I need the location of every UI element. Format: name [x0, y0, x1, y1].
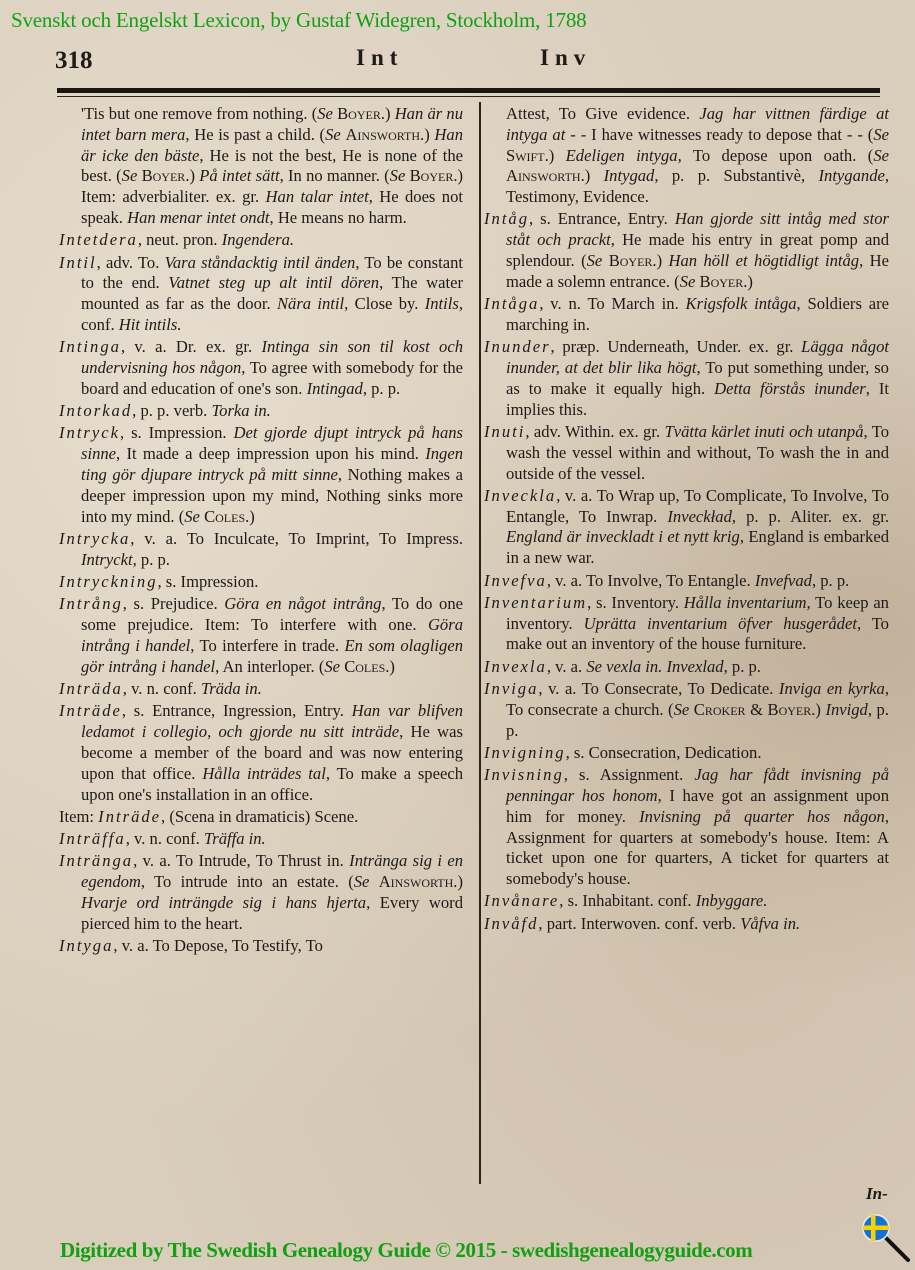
definition-text: .)	[185, 166, 199, 185]
definition-text: , He is past a child. (	[185, 125, 325, 144]
banner-top: Svenskt och Engelskt Lexicon, by Gustaf …	[11, 8, 586, 33]
definition-text: , adv. To.	[97, 253, 165, 272]
definition-text: .)	[743, 272, 753, 291]
dictionary-entry: Inträda, v. n. conf. Träda in.	[59, 679, 463, 700]
swedish-example: Se	[184, 507, 200, 526]
swedish-example: Se	[680, 272, 696, 291]
swedish-example: Se	[873, 146, 889, 165]
headword: Invånare	[484, 891, 559, 910]
headword: Inträda	[59, 679, 123, 698]
definition-text: , s. Impression.	[120, 423, 233, 442]
swedish-example: Edeligen intyga	[566, 146, 678, 165]
swedish-example: Detta förstås inunder	[714, 379, 866, 398]
swedish-example: Se	[873, 125, 889, 144]
dictionary-entry: Intil, adv. To. Vara ståndacktig intil ä…	[59, 253, 463, 336]
headword: Invigning	[484, 743, 566, 762]
swedish-example: Intygad	[604, 166, 655, 185]
swedish-example: Se	[587, 251, 603, 270]
dictionary-entry: Inuti, adv. Within. ex. gr. Tvätta kärle…	[484, 422, 889, 484]
source-citation: Croker & Boyer	[694, 700, 811, 719]
dictionary-entry: Intinga, v. a. Dr. ex. gr. Intinga sin s…	[59, 337, 463, 399]
dictionary-entry: Intorkad, p. p. verb. Torka in.	[59, 401, 463, 422]
definition-text: , Close by.	[344, 294, 425, 313]
definition-text: , part. Interwoven. conf. verb.	[538, 914, 740, 933]
definition-text: .)	[545, 146, 566, 165]
swedish-example: Nära intil	[277, 294, 344, 313]
headword: Inviga	[484, 679, 538, 698]
swedish-example: Hålla inventarium	[684, 593, 807, 612]
definition-text: , s. Prejudice.	[123, 594, 224, 613]
definition-text: , s. Consecration, Dedication.	[566, 743, 762, 762]
definition-text: , s. Inventory.	[587, 593, 684, 612]
headword: Invefva	[484, 571, 547, 590]
definition-text: , v. n. To March in.	[539, 294, 685, 313]
definition-text: , v. a. To Intrude, To Thrust in.	[133, 851, 349, 870]
definition-text: , In no manner. (	[280, 166, 390, 185]
swedish-example: På intet sätt	[199, 166, 279, 185]
swedish-example: Ingendera.	[222, 230, 294, 249]
dictionary-entry: Inviga, v. a. To Consecrate, To Dedicate…	[484, 679, 889, 741]
definition-text: , v. n. conf.	[126, 829, 204, 848]
swedish-example: Se vexla in. Invexlad	[586, 657, 723, 676]
definition-text: , To interfere in trade.	[190, 636, 344, 655]
headword: Intryck	[59, 423, 120, 442]
definition-text: .)	[453, 872, 463, 891]
dictionary-entry: Inträffa, v. n. conf. Träffa in.	[59, 829, 463, 850]
swedish-example: Träda in.	[201, 679, 262, 698]
definition-text: , s. Assignment.	[564, 765, 695, 784]
swedish-example: Tvätta kärlet inuti och utanpå	[664, 422, 863, 441]
swedish-example: Inbyggare.	[696, 891, 768, 910]
page-number: 318	[55, 47, 93, 75]
swedish-example: Inviga en kyrka	[779, 679, 885, 698]
running-header-left: Int	[356, 45, 403, 71]
dictionary-entry: Intryckning, s. Impression.	[59, 572, 463, 593]
swedish-example: Invefvad	[755, 571, 812, 590]
definition-text: .)	[581, 166, 604, 185]
swedish-example: England är inveckladt i et nytt krig	[506, 527, 740, 546]
swedish-example: Göra en något intrång	[224, 594, 381, 613]
headword: Inträde	[98, 807, 161, 826]
definition-text: , v. a. To Inculcate, To Imprint, To Imp…	[130, 529, 463, 548]
swedish-example: Invisning på quarter hos någon	[639, 807, 885, 826]
swedish-example: Hvarje ord inträngde sig i hans hjerta	[81, 893, 366, 912]
definition-text: , s. Inhabitant. conf.	[559, 891, 695, 910]
swedish-example: Se	[674, 700, 690, 719]
headword: Invåfd	[484, 914, 538, 933]
dictionary-entry: Inveckla, v. a. To Wrap up, To Complicat…	[484, 486, 889, 569]
dictionary-entry: Invånare, s. Inhabitant. conf. Inbyggare…	[484, 891, 889, 912]
definition-text: Item:	[59, 807, 98, 826]
dictionary-entry: Intåga, v. n. To March in. Krigsfolk int…	[484, 294, 889, 336]
definition-text: , p. p.	[724, 657, 761, 676]
headword: Inuti	[484, 422, 525, 441]
swedish-example: Vatnet steg up alt intil dören	[168, 273, 379, 292]
swedish-example: Invigd	[825, 700, 867, 719]
definition-text: .)	[381, 104, 395, 123]
definition-text: , v. n. conf.	[123, 679, 201, 698]
headword: Intetdera	[59, 230, 138, 249]
swedish-example: Han menar intet ondt	[127, 208, 269, 227]
dictionary-entry: Inventarium, s. Inventory. Hålla inventa…	[484, 593, 889, 655]
swedish-example: Hålla inträdes tal	[202, 764, 326, 783]
headword: Inträffa	[59, 829, 126, 848]
swedish-example: Hit intils.	[119, 315, 182, 334]
definition-text: , p. p. Substantivè,	[654, 166, 818, 185]
swedish-example: Inveckład	[667, 507, 732, 526]
source-citation: Ainsworth	[379, 872, 454, 891]
definition-text: , To intrude into an estate. (	[141, 872, 354, 891]
swedish-example: Intygande	[819, 166, 885, 185]
definition-text: , s. Entrance, Ingression, Entry.	[122, 701, 352, 720]
definition-text: , v. a. To Consecrate, To Dedicate.	[538, 679, 779, 698]
definition-text: .)	[385, 657, 395, 676]
source-citation: Boyer	[142, 166, 186, 185]
dictionary-entry: Intränga, v. a. To Intrude, To Thrust in…	[59, 851, 463, 934]
definition-text: - - I have witnesses ready to depose tha…	[565, 125, 873, 144]
swedish-example: Se	[317, 104, 333, 123]
headword: Intrång	[59, 594, 123, 613]
headword: Intränga	[59, 851, 133, 870]
definition-text: , He means no harm.	[270, 208, 407, 227]
definition-text: , p. p. Aliter. ex. gr.	[732, 507, 889, 526]
dictionary-entry: Intrång, s. Prejudice. Göra en något int…	[59, 594, 463, 677]
dictionary-entry: Intyga, v. a. To Depose, To Testify, To	[59, 936, 463, 957]
column-divider	[479, 102, 481, 1184]
source-citation: Coles	[344, 657, 385, 676]
headword: Intryckning	[59, 572, 158, 591]
headword: Intinga	[59, 337, 121, 356]
dictionary-entry: Inträde, s. Entrance, Ingression, Entry.…	[59, 701, 463, 805]
headword: Inveckla	[484, 486, 556, 505]
definition-text: , v. a. To Involve, To Entangle.	[547, 571, 755, 590]
source-citation: Boyer	[410, 166, 454, 185]
dictionary-entry: Intåg, s. Entrance, Entry. Han gjorde si…	[484, 209, 889, 292]
headword: Invexla	[484, 657, 547, 676]
swedish-flag-magnifier-icon[interactable]	[860, 1212, 912, 1264]
definition-text: .)	[420, 125, 434, 144]
definition-text: , p. p.	[812, 571, 849, 590]
swedish-example: Vara ståndacktig intil änden	[165, 253, 356, 272]
source-citation: Boyer	[609, 251, 653, 270]
source-citation: Ainsworth	[345, 125, 420, 144]
headword: Inventarium	[484, 593, 587, 612]
headword: Intorkad	[59, 401, 132, 420]
dictionary-entry: Invefva, v. a. To Involve, To Entangle. …	[484, 571, 889, 592]
headword: Inträde	[59, 701, 122, 720]
dictionary-entry: Intrycka, v. a. To Inculcate, To Imprint…	[59, 529, 463, 571]
definition-text	[369, 872, 378, 891]
definition-text: , p. p. verb.	[132, 401, 211, 420]
header-rule-thin	[57, 96, 880, 97]
source-citation: Ainsworth	[506, 166, 581, 185]
header-rule-thick	[57, 88, 880, 93]
swedish-example: Se	[325, 125, 341, 144]
definition-text: , It made a deep impression upon his min…	[116, 444, 425, 463]
definition-text: , p. p.	[363, 379, 400, 398]
dictionary-entry: Invexla, v. a. Se vexla in. Invexlad, p.…	[484, 657, 889, 678]
swedish-example: Uprätta inventarium öfver husgerådet	[584, 614, 857, 633]
headword: Intåga	[484, 294, 539, 313]
right-column: Attest, To Give evidence. Jag har vittne…	[484, 104, 889, 936]
swedish-example: Se	[324, 657, 340, 676]
definition-text: Attest, To Give evidence.	[506, 104, 699, 123]
definition-text: , v. a. To Depose, To Testify, To	[113, 936, 323, 955]
headword: Inunder	[484, 337, 551, 356]
definition-text: , præp. Underneath, Under. ex. gr.	[551, 337, 802, 356]
dictionary-entry: Attest, To Give evidence. Jag har vittne…	[484, 104, 889, 208]
swedish-example: Våfva in.	[740, 914, 800, 933]
dictionary-entry: Inunder, præp. Underneath, Under. ex. gr…	[484, 337, 889, 420]
dictionary-entry: Intryck, s. Impression. Det gjorde djupt…	[59, 423, 463, 527]
definition-text: , s. Impression.	[158, 572, 259, 591]
headword: Intyga	[59, 936, 113, 955]
catchword: In-	[866, 1184, 888, 1204]
swedish-example: Träffa in.	[204, 829, 266, 848]
definition-text: .)	[652, 251, 668, 270]
dictionary-entry: Item: Inträde, (Scena in dramaticis) Sce…	[59, 807, 463, 828]
dictionary-entry: Invigning, s. Consecration, Dedication.	[484, 743, 889, 764]
source-citation: Coles	[204, 507, 245, 526]
dictionary-entry: Invisning, s. Assignment. Jag har fådt i…	[484, 765, 889, 890]
swedish-example: Intils	[425, 294, 459, 313]
definition-text: , An interloper. (	[215, 657, 324, 676]
running-header-right: Inv	[540, 45, 591, 71]
headword: Invisning	[484, 765, 564, 784]
swedish-example: Krigsfolk intåga	[686, 294, 797, 313]
dictionary-entry: 'Tis but one remove from nothing. (Se Bo…	[59, 104, 463, 229]
headword: Intil	[59, 253, 97, 272]
swedish-example: Torka in.	[211, 401, 270, 420]
definition-text: , To depose upon oath. (	[678, 146, 874, 165]
definition-text: 'Tis but one remove from nothing. (	[81, 104, 317, 123]
swedish-example: Intingad	[307, 379, 363, 398]
source-citation: Boyer	[700, 272, 744, 291]
banner-bottom: Digitized by The Swedish Genealogy Guide…	[60, 1238, 752, 1263]
left-column: 'Tis but one remove from nothing. (Se Bo…	[59, 104, 463, 958]
dictionary-entry: Intetdera, neut. pron. Ingendera.	[59, 230, 463, 251]
definition-text: .)	[811, 700, 825, 719]
swedish-example: Se	[354, 872, 370, 891]
source-citation: Swift	[506, 146, 545, 165]
definition-text: , adv. Within. ex. gr.	[525, 422, 664, 441]
definition-text: , neut. pron.	[138, 230, 222, 249]
headword: Intrycka	[59, 529, 130, 548]
swedish-example: Intryckt	[81, 550, 133, 569]
swedish-example: Se	[122, 166, 138, 185]
swedish-example: Se	[390, 166, 406, 185]
definition-text: , s. Entrance, Entry.	[529, 209, 675, 228]
source-citation: Boyer	[337, 104, 381, 123]
headword: Intåg	[484, 209, 529, 228]
definition-text: .)	[245, 507, 255, 526]
dictionary-entry: Invåfd, part. Interwoven. conf. verb. Vå…	[484, 914, 889, 935]
swedish-example: Han höll et högtidligt intåg	[669, 251, 860, 270]
swedish-example: Han talar intet	[266, 187, 369, 206]
definition-text: , v. a.	[547, 657, 586, 676]
definition-text: , p. p.	[133, 550, 170, 569]
definition-text: , (Scena in dramaticis) Scene.	[161, 807, 358, 826]
definition-text: , v. a. Dr. ex. gr.	[121, 337, 262, 356]
